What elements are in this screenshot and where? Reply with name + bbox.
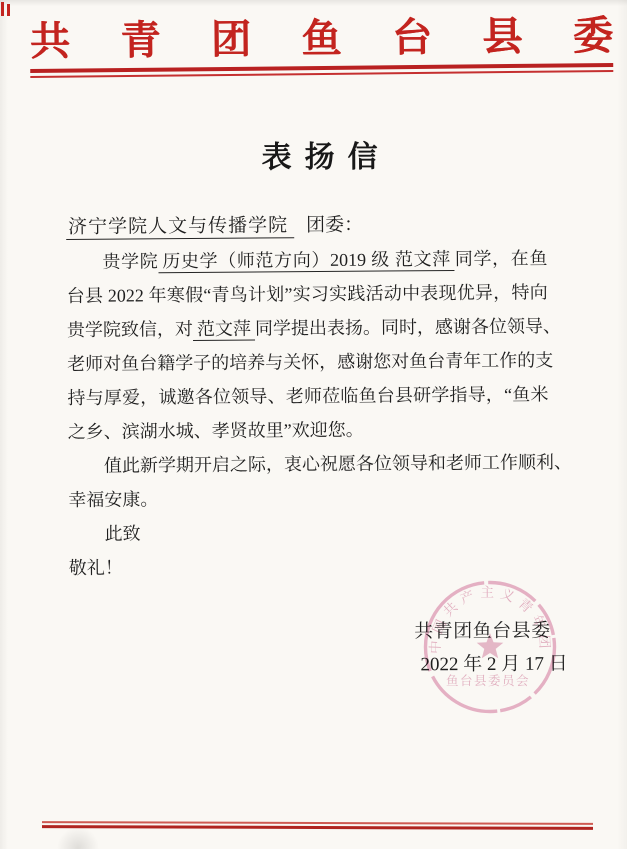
- letterhead: 共青团鱼台县委: [30, 13, 614, 78]
- seal-bottom-text: 鱼台县委员会: [446, 674, 530, 688]
- body-line: 贵学院致信，对范文萍同学提出表扬。同时，感谢各位领导、: [67, 309, 548, 347]
- letter-title: 表扬信: [6, 130, 627, 177]
- body-line: 老师对鱼台籍学子的培养与关怀，感谢您对鱼台青年工作的支: [67, 343, 548, 381]
- underlined-student-name: 范文萍: [193, 319, 255, 341]
- salutation-school: 济宁学院人文与传播学院: [66, 215, 294, 240]
- underlined-major-and-name: 历史学（师范方向）2019 级 范文萍: [158, 249, 455, 273]
- body-line: 台县 2022 年寒假“青鸟计划”实习实践活动中表现优异，特向: [67, 275, 548, 313]
- body-line: 幸福安康。: [68, 479, 549, 517]
- body-line: 之乡、滨湖水城、孝贤故里”欢迎您。: [68, 411, 549, 449]
- body-line: 值此新学期开启之际，衷心祝愿各位领导和老师工作顺利、: [68, 445, 549, 483]
- scan-corner-artifact: [0, 2, 11, 17]
- body-text: 同学，在鱼: [455, 248, 548, 269]
- body-line: 贵学院历史学（师范方向）2019 级 范文萍同学，在鱼: [66, 241, 547, 279]
- letter-body: 济宁学院人文与传播学院团委： 贵学院历史学（师范方向）2019 级 范文萍同学，…: [66, 207, 550, 585]
- official-seal: 中国共产主义青年团 鱼台县委员会: [420, 577, 560, 717]
- body-line: 持与厚爱，诚邀各位领导、老师莅临鱼台县研学指导，“鱼米: [67, 377, 548, 415]
- body-text: 贵学院致信，对: [67, 319, 193, 340]
- body-text: 贵学院: [102, 251, 158, 271]
- salutation-line: 济宁学院人文与传播学院团委：: [66, 207, 547, 245]
- seal-star-icon: [477, 633, 504, 658]
- letter-page: 共青团鱼台县委 表扬信 济宁学院人文与传播学院团委： 贵学院历史学（师范方向）2…: [0, 0, 627, 849]
- body-text: 同学提出表扬。同时，感谢各位领导、: [255, 316, 561, 338]
- salutation-committee: 团委：: [306, 215, 363, 236]
- closing-cizhi: 此致: [68, 513, 549, 551]
- footer-divider: [42, 821, 593, 830]
- letterhead-org-name: 共青团鱼台县委: [30, 13, 613, 65]
- footer-divider-thick: [42, 825, 593, 830]
